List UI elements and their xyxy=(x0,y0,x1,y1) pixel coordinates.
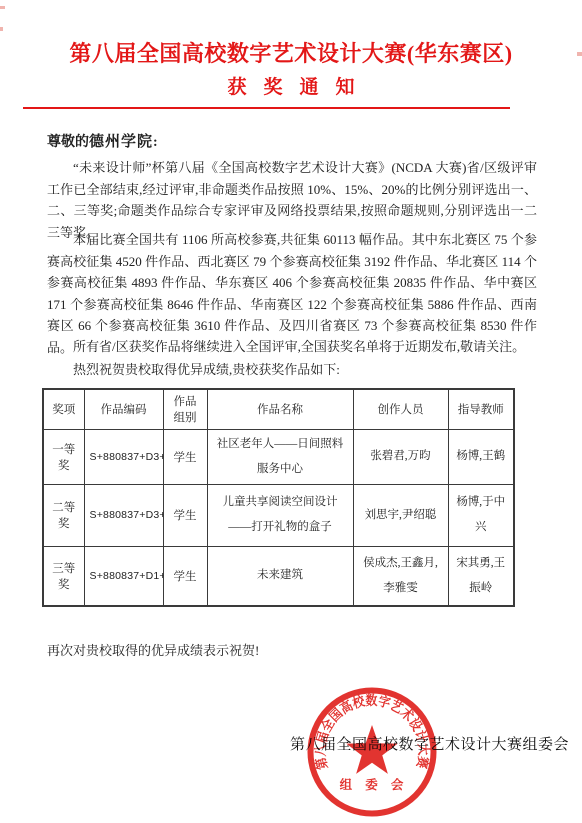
document-subtitle-text: 获奖通知 xyxy=(227,72,371,99)
award-level: 三等奖 xyxy=(43,546,84,606)
greeting-colon: : xyxy=(153,135,158,150)
paragraph-national-review: 所有省/区获奖作品将继续进入全国评审,全国获奖名单将于近期发布,敬请关注。 xyxy=(47,336,537,358)
awards-table-header-row: 奖项 作品编码 作品组别 作品名称 创作人员 指导教师 xyxy=(43,389,514,429)
recipient-school-name: 德州学院 xyxy=(89,134,153,150)
award-level: 一等奖 xyxy=(43,429,84,484)
header-award: 奖项 xyxy=(43,389,84,429)
award-level: 二等奖 xyxy=(43,484,84,546)
stamp-bottom-text: 组 委 会 xyxy=(340,777,409,792)
group: 学生 xyxy=(163,484,207,546)
committee-seal-stamp: 第八届全国高校数字艺术设计大赛 组 委 会 xyxy=(302,682,442,822)
creators: 刘思宇,尹绍聪 xyxy=(353,484,448,546)
paragraph-congratulations-intro: 热烈祝贺贵校取得优异成绩,贵校获奖作品如下: xyxy=(47,359,537,381)
work-code: S+880837+D1+001 xyxy=(84,546,163,606)
header-work-title: 作品名称 xyxy=(207,389,353,429)
header-work-code: 作品编码 xyxy=(84,389,163,429)
award-notice-document: 第八届全国高校数字艺术设计大赛(华东赛区) 获奖通知 尊敬的德州学院: “未来设… xyxy=(0,0,582,823)
group: 学生 xyxy=(163,546,207,606)
work-code: S+880837+D3+001 xyxy=(84,429,163,484)
table-row: 一等奖 S+880837+D3+001 学生 社区老年人——日间照料服务中心 张… xyxy=(43,429,514,484)
document-title: 第八届全国高校数字艺术设计大赛(华东赛区) xyxy=(0,37,582,68)
work-title: 未来建筑 xyxy=(207,546,353,606)
group: 学生 xyxy=(163,429,207,484)
table-row: 三等奖 S+880837+D1+001 学生 未来建筑 侯成杰,王鑫月,李雅雯 … xyxy=(43,546,514,606)
advisors: 杨博,王鹤 xyxy=(448,429,514,484)
header-creators: 创作人员 xyxy=(353,389,448,429)
advisors: 杨博,于中兴 xyxy=(448,484,514,546)
table-row: 二等奖 S+880837+D3+002 学生 儿童共享阅读空间设计——打开礼物的… xyxy=(43,484,514,546)
closing-line: 再次对贵校取得的优异成绩表示祝贺! xyxy=(47,640,259,659)
header-advisors: 指导教师 xyxy=(448,389,514,429)
greeting-line: 尊敬的德州学院: xyxy=(47,130,158,151)
greeting-prefix: 尊敬的 xyxy=(47,135,89,150)
title-divider-line xyxy=(23,107,510,109)
scan-artifact xyxy=(0,27,3,31)
work-title: 社区老年人——日间照料服务中心 xyxy=(207,429,353,484)
scan-artifact xyxy=(0,6,5,9)
work-title: 儿童共享阅读空间设计——打开礼物的盒子 xyxy=(207,484,353,546)
creators: 侯成杰,王鑫月,李雅雯 xyxy=(353,546,448,606)
document-subtitle: 获奖通知 xyxy=(0,72,582,99)
advisors: 宋其勇,王振岭 xyxy=(448,546,514,606)
creators: 张碧君,万昀 xyxy=(353,429,448,484)
star-icon xyxy=(346,725,397,774)
header-group: 作品组别 xyxy=(163,389,207,429)
awards-table: 奖项 作品编码 作品组别 作品名称 创作人员 指导教师 一等奖 S+880837… xyxy=(42,388,515,607)
work-code: S+880837+D3+002 xyxy=(84,484,163,546)
